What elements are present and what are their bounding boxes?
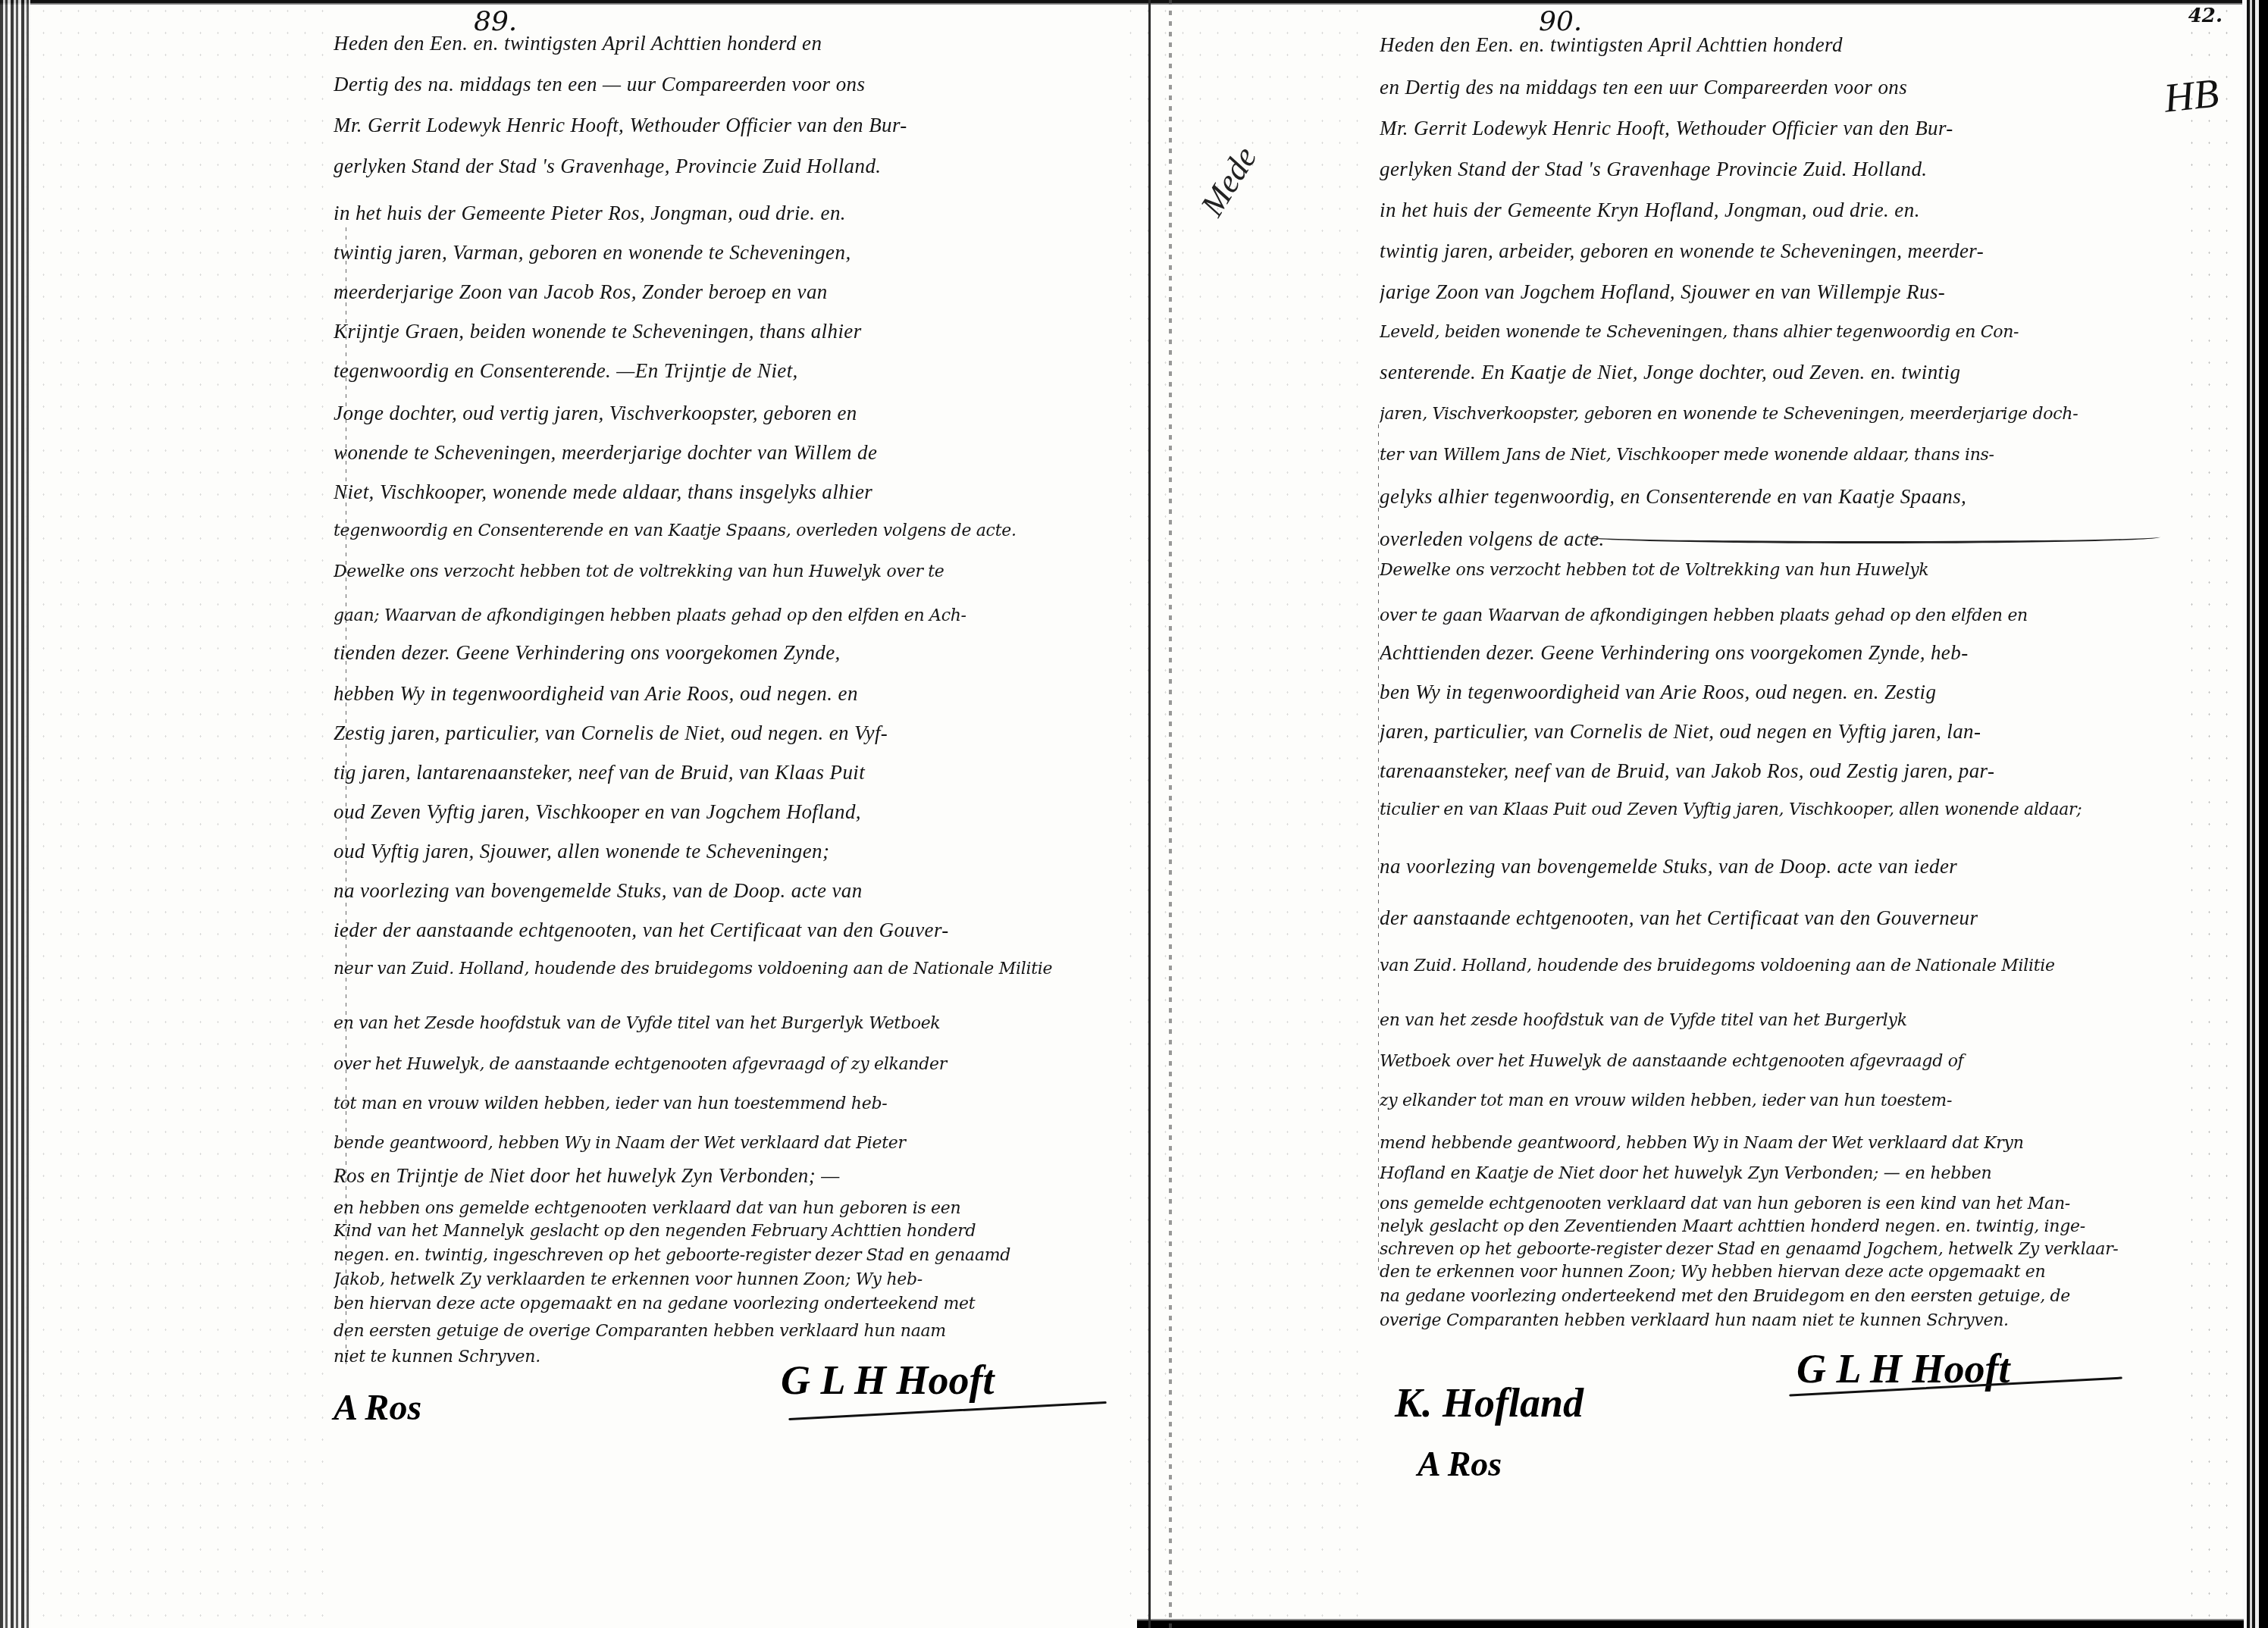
text-line: Dertig des na. middags ten een — uur Com…	[334, 73, 1122, 96]
text-line: Dewelke ons verzocht hebben tot de voltr…	[334, 562, 1122, 581]
text-line: gaan; Waarvan de afkondigingen hebben pl…	[334, 606, 1122, 625]
text-line: der aanstaande echtgenooten, van het Cer…	[1380, 906, 2183, 930]
text-line: Heden den Een. en. twintigsten April Ach…	[334, 32, 1122, 55]
text-line: ieder der aanstaande echtgenooten, van h…	[334, 919, 1122, 942]
text-line: overige Comparanten hebben verklaard hun…	[1380, 1311, 2183, 1330]
signature-groom: K. Hofland	[1395, 1379, 1584, 1426]
text-line: gerlyken Stand der Stad 's Gravenhage Pr…	[1380, 158, 2183, 181]
book-right-edge	[2242, 0, 2268, 1628]
text-line: oud Vyftig jaren, Sjouwer, allen wonende…	[334, 840, 1122, 863]
signature-flourish	[788, 1401, 1107, 1420]
margin-rule	[346, 227, 346, 1364]
text-line: en hebben ons gemelde echtgenooten verkl…	[334, 1199, 1122, 1218]
text-line: senterende. En Kaatje de Niet, Jonge doc…	[1380, 361, 2183, 384]
center-gutter	[1146, 0, 1154, 1628]
text-line: na gedane voorlezing onderteekend met de…	[1380, 1287, 2183, 1306]
text-line: den eersten getuige de overige Comparant…	[334, 1322, 1122, 1341]
text-line: zy elkander tot man en vrouw wilden hebb…	[1380, 1091, 2183, 1110]
book-left-edge	[0, 0, 30, 1628]
text-line: tot man en vrouw wilden hebben, ieder va…	[334, 1094, 1122, 1113]
text-line: Dewelke ons verzocht hebben tot de Voltr…	[1380, 561, 2183, 580]
text-line: meerderjarige Zoon van Jacob Ros, Zonder…	[334, 280, 1122, 304]
gutter-stitching	[1169, 0, 1172, 1628]
folio-stamp: 42.	[2188, 5, 2223, 27]
page-right: 90. Heden den Een. en. twintigsten April…	[1364, 0, 2183, 1628]
text-line: negen. en. twintig, ingeschreven op het …	[334, 1246, 1122, 1265]
text-line: mend hebbende geantwoord, hebben Wy in N…	[1380, 1134, 2183, 1153]
text-line: gerlyken Stand der Stad 's Gravenhage, P…	[334, 155, 1122, 178]
text-line: tarenaansteker, neef van de Bruid, van J…	[1380, 759, 2183, 783]
text-line: neur van Zuid. Holland, houdende des bru…	[334, 960, 1122, 978]
text-line: Heden den Een. en. twintigsten April Ach…	[1380, 33, 2183, 57]
text-line: Jonge dochter, oud vertig jaren, Vischve…	[334, 402, 1122, 425]
margin-rule	[1378, 424, 1379, 1273]
text-line: ben Wy in tegenwoordigheid van Arie Roos…	[1380, 681, 2183, 704]
text-line: in het huis der Gemeente Kryn Hofland, J…	[1380, 199, 2183, 222]
text-line: tegenwoordig en Consenterende. —En Trijn…	[334, 359, 1122, 383]
text-line: Krijntje Graen, beiden wonende te Scheve…	[334, 320, 1122, 343]
text-line: over het Huwelyk, de aanstaande echtgeno…	[334, 1055, 1122, 1074]
text-line: Achttienden dezer. Geene Verhindering on…	[1380, 641, 2183, 665]
text-line: tienden dezer. Geene Verhindering ons vo…	[334, 641, 1122, 665]
text-line: tig jaren, lantarenaansteker, neef van d…	[334, 761, 1122, 784]
text-line: ons gemelde echtgenooten verklaard dat v…	[1380, 1194, 2183, 1213]
text-line: schreven op het geboorte-register dezer …	[1380, 1240, 2183, 1259]
paper-speckle-gutter	[1122, 0, 1364, 1628]
text-line: jarige Zoon van Jogchem Hofland, Sjouwer…	[1380, 280, 2183, 304]
text-line: ter van Willem Jans de Niet, Vischkooper…	[1380, 446, 2183, 465]
text-line: Ros en Trijntje de Niet door het huwelyk…	[334, 1164, 1122, 1188]
paper-speckle-left-margin	[0, 0, 334, 1628]
signature-witness: A Ros	[1417, 1444, 1502, 1484]
text-line: over te gaan Waarvan de afkondigingen he…	[1380, 606, 2183, 625]
text-line: niet te kunnen Schryven.	[334, 1348, 1122, 1367]
text-line: en van het Zesde hoofdstuk van de Vyfde …	[334, 1014, 1122, 1033]
text-line: hebben Wy in tegenwoordigheid van Arie R…	[334, 682, 1122, 706]
text-line: jaren, Vischverkoopster, geboren en wone…	[1380, 405, 2183, 424]
text-line: Hofland en Kaatje de Niet door het huwel…	[1380, 1164, 2183, 1183]
signature-officer: G L H Hooft	[781, 1357, 994, 1404]
text-line: Kind van het Mannelyk geslacht op den ne…	[334, 1222, 1122, 1241]
text-line: tegenwoordig en Consenterende en van Kaa…	[334, 521, 1122, 540]
signature-witness: A Ros	[334, 1387, 421, 1429]
text-line: bende geantwoord, hebben Wy in Naam der …	[334, 1134, 1122, 1153]
text-line: Zestig jaren, particulier, van Cornelis …	[334, 722, 1122, 745]
text-line: ben hiervan deze acte opgemaakt en na ge…	[334, 1295, 1122, 1313]
text-line: na voorlezing van bovengemelde Stuks, va…	[334, 879, 1122, 903]
register-spread: Mede 42. HB 89. Heden den Een. en. twint…	[0, 0, 2268, 1628]
text-line: Mr. Gerrit Lodewyk Henric Hooft, Wethoud…	[1380, 117, 2183, 140]
line-filler-flourish	[1584, 531, 2160, 543]
text-line: na voorlezing van bovengemelde Stuks, va…	[1380, 855, 2183, 878]
text-line: ticulier en van Klaas Puit oud Zeven Vyf…	[1380, 800, 2183, 819]
page-number: 90.	[1539, 6, 1582, 37]
page-left: 89. Heden den Een. en. twintigsten April…	[318, 0, 1122, 1628]
text-line: Jakob, hetwelk Zy verklaarden te erkenne…	[334, 1270, 1122, 1289]
text-line: twintig jaren, arbeider, geboren en wone…	[1380, 240, 2183, 263]
text-line: gelyks alhier tegenwoordig, en Consenter…	[1380, 485, 2183, 509]
text-line: Niet, Vischkooper, wonende mede aldaar, …	[334, 481, 1122, 504]
text-line: wonende te Scheveningen, meerderjarige d…	[334, 441, 1122, 465]
text-line: Leveld, beiden wonende te Scheveningen, …	[1380, 323, 2183, 342]
text-line: in het huis der Gemeente Pieter Ros, Jon…	[334, 202, 1122, 225]
text-line: en Dertig des na middags ten een uur Com…	[1380, 76, 2183, 99]
text-line: Wetboek over het Huwelyk de aanstaande e…	[1380, 1052, 2183, 1071]
text-line: Mr. Gerrit Lodewyk Henric Hooft, Wethoud…	[334, 114, 1122, 137]
text-line: van Zuid. Holland, houdende des bruidego…	[1380, 956, 2183, 975]
text-line: en van het zesde hoofdstuk van de Vyfde …	[1380, 1011, 2183, 1030]
text-line: oud Zeven Vyftig jaren, Vischkooper en v…	[334, 800, 1122, 824]
margin-annotation: Mede	[1192, 139, 1264, 223]
text-line: nelyk geslacht op den Zeventienden Maart…	[1380, 1217, 2183, 1236]
paper-speckle-right-edge	[2183, 0, 2244, 1628]
text-line: den te erkennen voor hunnen Zoon; Wy heb…	[1380, 1263, 2183, 1282]
text-line: jaren, particulier, van Cornelis de Niet…	[1380, 720, 2183, 744]
text-line: twintig jaren, Varman, geboren en wonend…	[334, 241, 1122, 265]
